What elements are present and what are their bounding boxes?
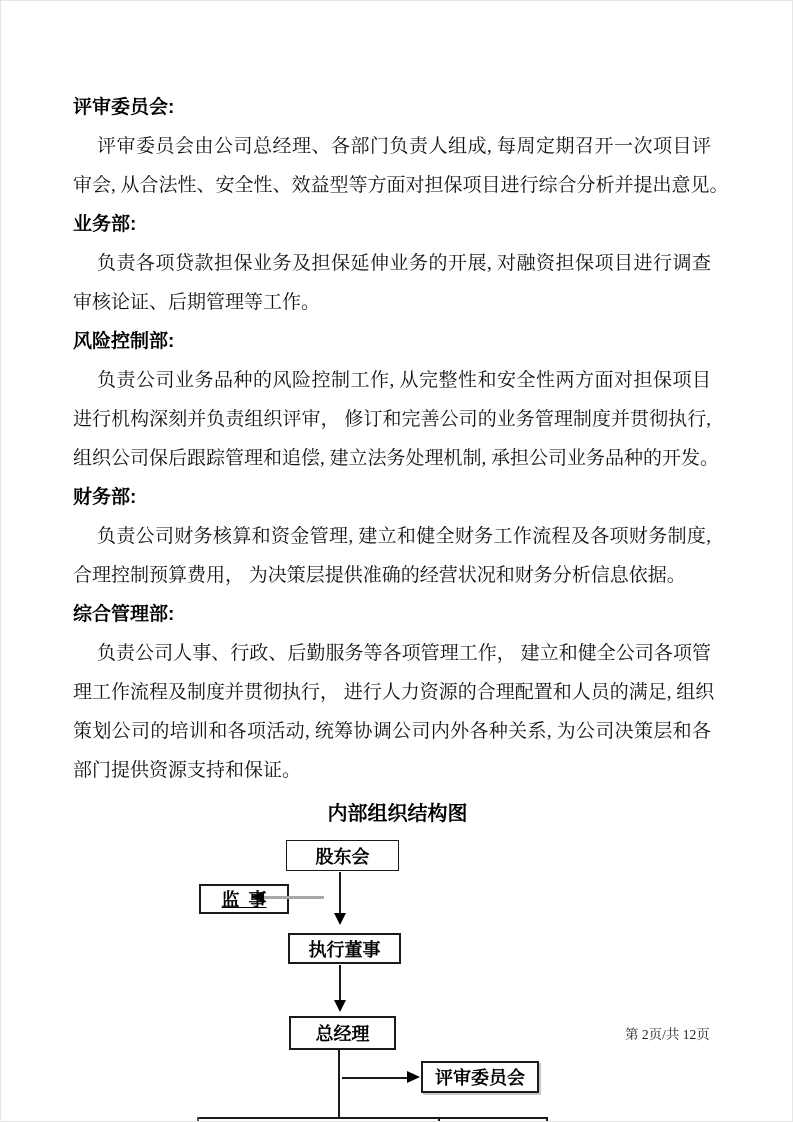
body-line: 进行机构深刻并负责组织评审， 修订和完善公司的业务管理制度并贯彻执行, <box>73 400 711 439</box>
rail-stub <box>197 1117 199 1122</box>
supervisor-arrowhead-icon <box>251 891 264 903</box>
heading-risk-control-dept: 风险控制部: <box>73 322 711 361</box>
org-node-review-committee: 评审委员会 <box>421 1061 539 1093</box>
heading-business-dept: 业务部: <box>73 205 711 244</box>
down-arrowhead-icon <box>334 913 346 925</box>
body-line: 审会, 从合法性、安全性、效益型等方面对担保项目进行综合分析并提出意见。 <box>73 166 711 205</box>
body-line: 负责各项贷款担保业务及担保延伸业务的开展, 对融资担保项目进行调查 <box>73 244 711 283</box>
body-line: 评审委员会由公司总经理、各部门负责人组成, 每周定期召开一次项目评 <box>73 127 711 166</box>
down-arrowhead-icon <box>334 1000 346 1012</box>
body-line: 理工作流程及制度并贯彻执行， 进行人力资源的合理配置和人员的满足, 组织 <box>73 673 711 712</box>
page-indicator: 第 2页/共 12页 <box>625 1023 710 1043</box>
org-node-general-manager: 总经理 <box>289 1016 396 1050</box>
body-line: 负责公司财务核算和资金管理, 建立和健全财务工作流程及各项财务制度, <box>73 517 711 556</box>
org-chart-title: 内部组织结构图 <box>1 797 793 826</box>
heading-finance-dept: 财务部: <box>73 478 711 517</box>
document-text: 评审委员会: 评审委员会由公司总经理、各部门负责人组成, 每周定期召开一次项目评… <box>73 88 711 790</box>
body-line: 负责公司业务品种的风险控制工作, 从完整性和安全性两方面对担保项目 <box>73 361 711 400</box>
connector-shareholders-to-director <box>339 872 341 914</box>
body-line: 合理控制预算费用， 为决策层提供准确的经营状况和财务分析信息依据。 <box>73 556 711 595</box>
rail-stub <box>438 1117 440 1122</box>
body-line: 部门提供资源支持和保证。 <box>73 751 711 790</box>
connector-director-to-manager <box>339 965 341 1001</box>
heading-general-admin-dept: 综合管理部: <box>73 595 711 634</box>
connector-to-review-committee <box>342 1077 407 1079</box>
body-line: 审核论证、后期管理等工作。 <box>73 283 711 322</box>
org-node-label: 总经理 <box>316 1020 370 1046</box>
org-node-supervisor: 监 事 <box>199 884 289 914</box>
department-rail-line <box>198 1117 548 1119</box>
right-arrowhead-icon <box>407 1071 420 1083</box>
org-node-label: 执行董事 <box>309 936 381 962</box>
body-line: 策划公司的培训和各项活动, 统筹协调公司内外各种关系, 为公司决策层和各 <box>73 712 711 751</box>
body-line: 组织公司保后跟踪管理和追偿, 建立法务处理机制, 承担公司业务品种的开发。 <box>73 439 711 478</box>
connector-manager-to-departments <box>338 1050 340 1118</box>
org-node-label: 评审委员会 <box>435 1064 525 1090</box>
body-line: 负责公司人事、行政、后勤服务等各项管理工作， 建立和健全公司各项管 <box>73 634 711 673</box>
document-page: 评审委员会: 评审委员会由公司总经理、各部门负责人组成, 每周定期召开一次项目评… <box>0 0 793 1122</box>
org-node-label: 股东会 <box>316 843 370 869</box>
org-node-shareholders-meeting: 股东会 <box>286 840 399 871</box>
rail-stub <box>546 1117 548 1122</box>
org-node-executive-director: 执行董事 <box>288 933 401 964</box>
heading-review-committee: 评审委员会: <box>73 88 711 127</box>
